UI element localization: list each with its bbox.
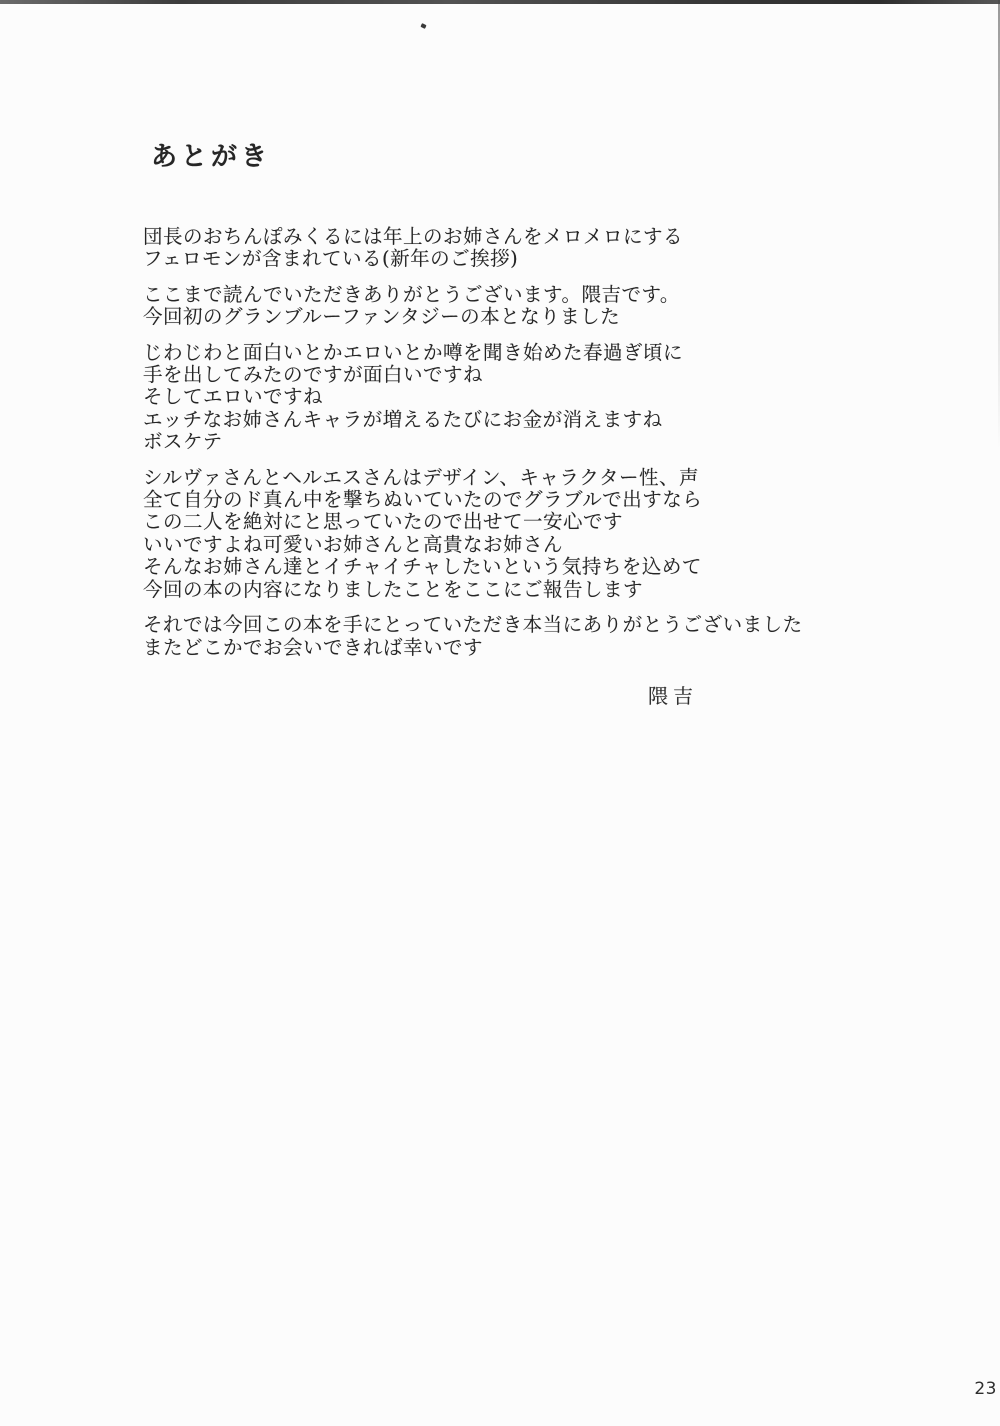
text-line: 団長のおちんぽみくるには年上のお姉さんをメロメロにする xyxy=(143,226,883,248)
author-signature: 隈吉 xyxy=(648,680,698,709)
text-line: そんなお姉さん達とイチャイチャしたいという気持ちを込めて xyxy=(143,556,883,578)
text-line: じわじわと面白いとかエロいとか噂を聞き始めた春過ぎ頃に xyxy=(143,342,883,364)
paragraph-5: それでは今回この本を手にとっていただき本当にありがとうございました またどこかで… xyxy=(143,614,883,659)
text-line: ここまで読んでいただきありがとうございます。隈吉です。 xyxy=(143,284,883,306)
text-line: エッチなお姉さんキャラが増えるたびにお金が消えますね xyxy=(143,409,883,431)
scan-speck xyxy=(420,23,426,29)
text-line: ボスケテ xyxy=(143,431,883,453)
afterword-body: 団長のおちんぽみくるには年上のお姉さんをメロメロにする フェロモンが含まれている… xyxy=(143,226,883,672)
text-line: シルヴァさんとヘルエスさんはデザイン、キャラクター性、声 xyxy=(143,467,883,489)
text-line: いいですよね可愛いお姉さんと高貴なお姉さん xyxy=(143,534,883,556)
text-line: 今回初のグランブルーファンタジーの本となりました xyxy=(143,306,883,328)
paragraph-2: ここまで読んでいただきありがとうございます。隈吉です。 今回初のグランブルーファ… xyxy=(143,284,883,329)
text-line: それでは今回この本を手にとっていただき本当にありがとうございました xyxy=(143,614,883,636)
paragraph-4: シルヴァさんとヘルエスさんはデザイン、キャラクター性、声 全て自分のド真ん中を撃… xyxy=(143,467,883,601)
paragraph-3: じわじわと面白いとかエロいとか噂を聞き始めた春過ぎ頃に 手を出してみたのですが面… xyxy=(143,342,883,454)
text-line: 今回の本の内容になりましたことをここにご報告します xyxy=(143,579,883,601)
scanned-afterword-page: あとがき 団長のおちんぽみくるには年上のお姉さんをメロメロにする フェロモンが含… xyxy=(0,0,1000,1426)
text-line: この二人を絶対にと思っていたので出せて一安心です xyxy=(143,511,883,533)
page-number: 23 xyxy=(974,1379,997,1399)
paragraph-1: 団長のおちんぽみくるには年上のお姉さんをメロメロにする フェロモンが含まれている… xyxy=(143,226,883,271)
text-line: 全て自分のド真ん中を撃ちぬいていたのでグラブルで出すなら xyxy=(143,489,883,511)
text-line: そしてエロいですね xyxy=(143,386,883,408)
text-line: またどこかでお会いできれば幸いです xyxy=(143,637,883,659)
page-title: あとがき xyxy=(151,136,271,173)
text-line: フェロモンが含まれている(新年のご挨拶) xyxy=(143,248,883,270)
text-line: 手を出してみたのですが面白いですね xyxy=(143,364,883,386)
scan-edge-top xyxy=(0,0,1000,4)
